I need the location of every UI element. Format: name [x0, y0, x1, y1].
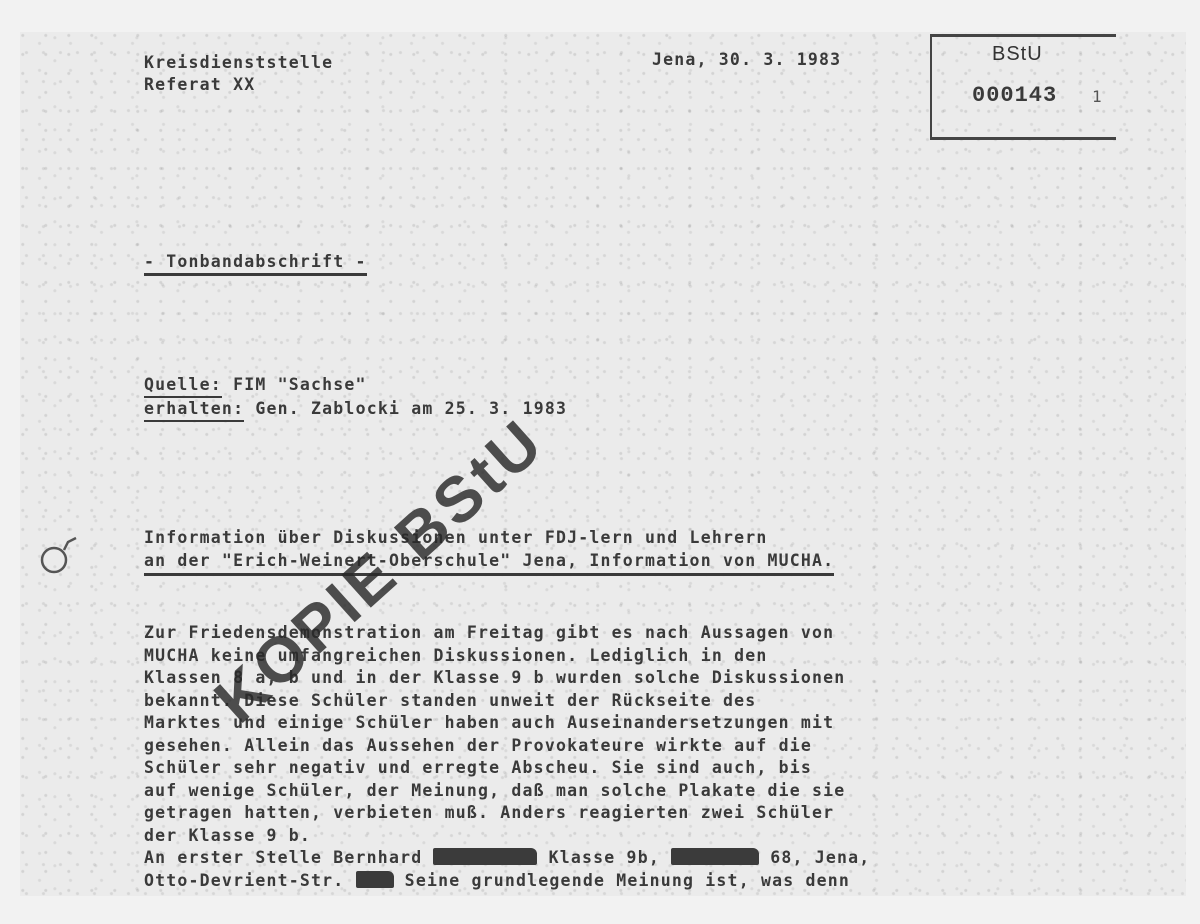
office-department: Referat XX — [144, 75, 255, 94]
body-line: getragen hatten, verbieten muß. Anders r… — [144, 802, 870, 825]
received-label: erhalten: — [144, 398, 244, 422]
archive-stamp: BStU 000143 1 — [930, 34, 1116, 140]
body-line: der Klasse 9 b. — [144, 825, 870, 848]
body-line: Schüler sehr negativ und erregte Abscheu… — [144, 757, 870, 780]
issuing-office: KreisdienststelleReferat XX — [144, 52, 333, 96]
information-title: Information über Diskussionen unter FDJ-… — [144, 526, 834, 576]
place-date: Jena, 30. 3. 1983 — [652, 52, 841, 69]
document-subject: - Tonbandabschrift - — [144, 254, 367, 271]
redaction-bar — [356, 871, 394, 888]
title-line-2: an der "Erich-Weinert-Oberschule" Jena, … — [144, 549, 834, 576]
redacted-line-1: An erster Stelle Bernhard Klasse 9b, 68,… — [144, 847, 870, 870]
redacted-line-2: Otto-Devrient-Str. Seine grundlegende Me… — [144, 870, 870, 893]
source-value: FIM "Sachse" — [233, 375, 367, 394]
office-name: Kreisdienststelle — [144, 53, 333, 72]
redaction-bar — [433, 848, 537, 865]
redaction-bar — [671, 848, 759, 865]
handwritten-mark-icon — [30, 520, 90, 580]
body-line: gesehen. Allein das Aussehen der Provoka… — [144, 735, 870, 758]
body-line: auf wenige Schüler, der Meinung, daß man… — [144, 780, 870, 803]
archive-stamp-label: BStU — [992, 43, 1043, 66]
source-label: Quelle: — [144, 374, 222, 398]
subject-text: - Tonbandabschrift - — [144, 252, 367, 276]
archive-page-number: 000143 — [972, 83, 1057, 108]
archive-stamp-mark: 1 — [1092, 87, 1102, 106]
document-page: KreisdienststelleReferat XX Jena, 30. 3.… — [20, 32, 1186, 896]
